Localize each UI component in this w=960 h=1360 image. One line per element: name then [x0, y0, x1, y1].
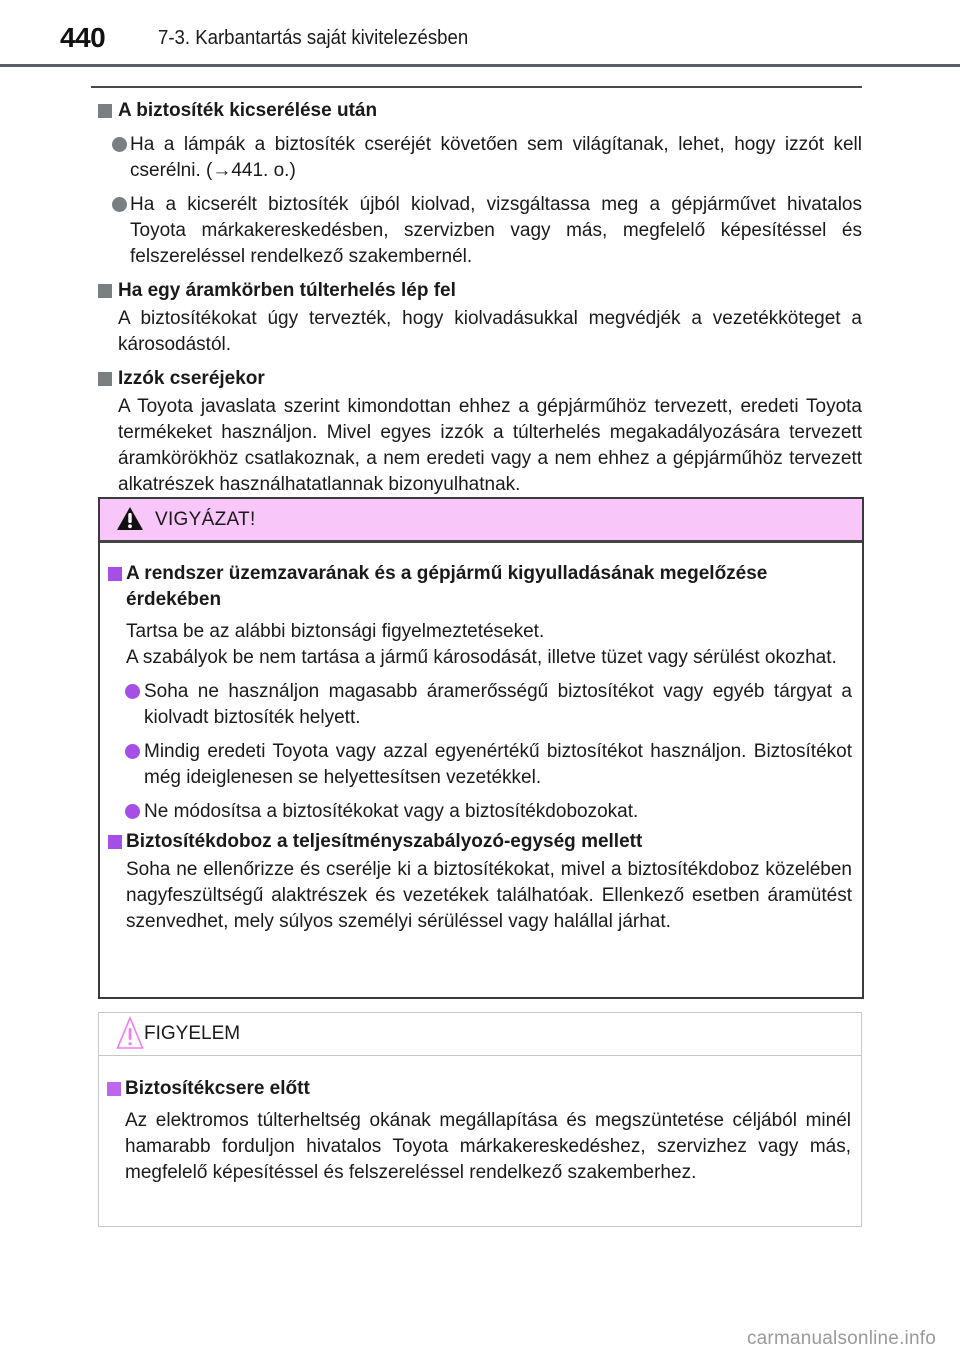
square-bullet-icon [98, 284, 112, 298]
list-item: Ne módosítsa a biztosítékokat vagy a biz… [108, 799, 852, 825]
square-bullet-icon [108, 567, 122, 581]
section-heading: Ha egy áramkörben túlterhelés lép fel [98, 278, 862, 304]
circle-bullet-icon [125, 804, 140, 819]
main-content: A biztosíték kicserélése után Ha a lámpá… [98, 94, 862, 498]
section-heading: Izzók cseréjekor [98, 366, 862, 392]
chapter-title: 7-3. Karbantartás saját kivitelezésben [158, 27, 468, 50]
list-item: Mindig eredeti Toyota vagy azzal egyenér… [108, 739, 852, 791]
square-bullet-icon [98, 104, 112, 118]
warning-box: VIGYÁZAT! A rendszer üzemzavarának és a … [98, 497, 864, 999]
warning-header: VIGYÁZAT! [100, 499, 862, 543]
circle-bullet-icon [112, 137, 127, 152]
page-number: 440 [60, 22, 105, 54]
header-divider [0, 64, 960, 67]
list-item: Ha a lámpák a biztosíték cseréjét követő… [98, 132, 862, 184]
square-bullet-icon [98, 372, 112, 386]
section-text: A Toyota javaslata szerint kimondottan e… [98, 394, 862, 498]
section-text: A szabályok be nem tartása a jármű káros… [108, 645, 852, 671]
list-item: Ha a kicserélt biztosíték újból kiolvad,… [98, 192, 862, 270]
square-bullet-icon [108, 835, 122, 849]
section-heading: A biztosíték kicserélése után [98, 98, 862, 124]
square-bullet-icon [107, 1082, 121, 1096]
section-text: Az elektromos túlterheltség okának megál… [107, 1108, 851, 1186]
warning-triangle-filled-icon [116, 506, 144, 536]
list-item: Soha ne használjon magasabb áramerősségű… [108, 679, 852, 731]
section-text: Tartsa be az alábbi biztonsági figyelmez… [108, 619, 852, 645]
circle-bullet-icon [112, 197, 127, 212]
section-divider [91, 86, 862, 88]
watermark: carmanualsonline.info [747, 1328, 936, 1350]
circle-bullet-icon [125, 684, 140, 699]
notice-label: FIGYELEM [144, 1023, 240, 1045]
section-heading: Biztosítékcsere előtt [107, 1076, 851, 1102]
page-header: 440 7-3. Karbantartás saját kivitelezésb… [0, 0, 960, 66]
warning-triangle-outline-icon [116, 1015, 144, 1056]
notice-header: FIGYELEM [99, 1013, 861, 1056]
section-text: Soha ne ellenőrizze és cserélje ki a biz… [108, 857, 852, 935]
notice-box: FIGYELEM Biztosítékcsere előtt Az elektr… [98, 1012, 862, 1227]
section-heading: A rendszer üzemzavarának és a gépjármű k… [108, 561, 852, 613]
circle-bullet-icon [125, 744, 140, 759]
section-heading: Biztosítékdoboz a teljesítményszabályozó… [108, 829, 852, 855]
notice-body: Biztosítékcsere előtt Az elektromos túlt… [99, 1056, 861, 1186]
warning-body: A rendszer üzemzavarának és a gépjármű k… [100, 543, 862, 935]
section-text: A biztosítékokat úgy tervezték, hogy kio… [98, 306, 862, 358]
warning-label: VIGYÁZAT! [155, 509, 256, 531]
